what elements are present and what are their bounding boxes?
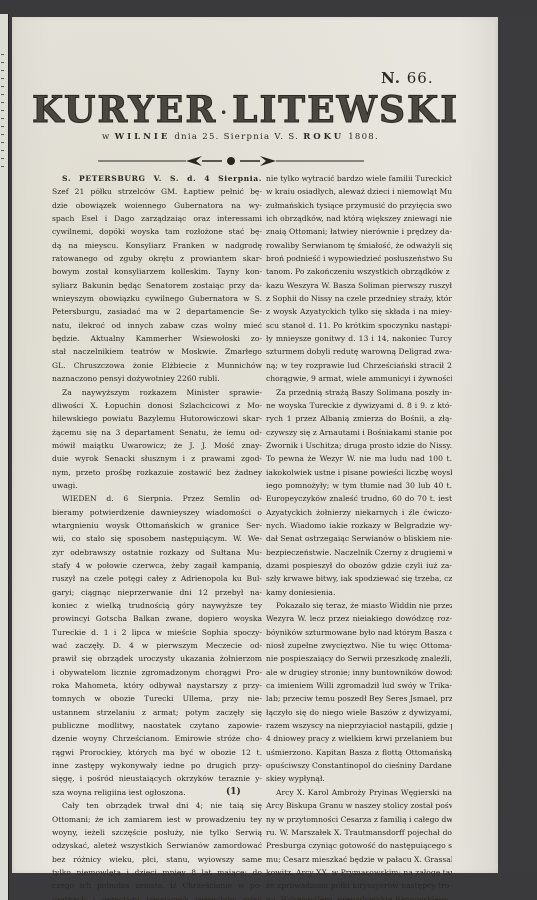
text-line: opuściwszy Constantinopol do cieśniny Da… [266,759,452,772]
text-line: bez różnicy wieku, płci, stanu, wyiowszy… [52,853,262,866]
dateline-place: WILNIE [115,132,171,142]
text-line: czątkach i przeciągu trwaiących rozruchó… [52,893,262,900]
text-line: prawił się obrządek uroczysty ukazania ż… [52,652,262,665]
title-separator: · [221,105,228,121]
text-line: rowaliby Serwianom tę śmiałość, że odważ… [266,239,452,252]
text-line: ły mnieysze gonitwy d. 13 i 14, nakoniec… [266,332,452,345]
text-line: łączyło się do niego wiele Baszów z dywi… [266,706,452,719]
ruler-ticks [1,54,4,174]
text-line: skiey wypłynął. [266,772,452,785]
dateline-date: dnia 25. Sierpnia V. S. [174,132,299,142]
text-line: bezpieczeństwie. Naczelnik Czerny z drug… [266,546,452,559]
text-line: ną; w tey rozprawie lud Chrześciański st… [266,359,452,372]
issue-number: N. 66. [381,69,434,87]
text-line: 4 dniowey pracy z wielkiem krwi przelani… [266,732,452,745]
text-line: uśmierzono. Kapitan Basza z flottą Ottom… [266,746,452,759]
text-line: ale w drugiey stronie; inny buntowników … [266,666,452,679]
text-line: ruszył na czele potęgi całey z Adrienopo… [52,572,262,585]
text-line: tomnych w obozie Turecki Ullema, przy ni… [52,692,262,705]
text-line: ustannem strzelaniu z armat; potym zaczę… [52,706,262,719]
text-line: woyny, ieżeli szczęście posłuży, nie tyl… [52,826,262,839]
text-line: lab; przeciw temu poszedł Bey Seres Jsma… [266,692,452,705]
text-line: GL. Chruszczowa żonie Elżbiecie z Munnic… [52,359,262,372]
text-line: ich obrządków, nad którą większey zniewa… [266,212,452,225]
text-line: żącemu się na 3 departament Senatu, że i… [52,426,262,439]
text-line: w kraiu osiadłych, aleważ dzieci i niemo… [266,185,452,198]
text-line: dzami pospieszył do obozów gdzie czyli i… [266,559,452,572]
text-line: Tureckie d. 1 i 2 lipca w mieście Sophia… [52,626,262,639]
text-line: dzenie woyny Chrześcianom. Emirowie stró… [52,732,262,745]
text-line: spach Esel i Dago zarządzaiąc oraz inter… [52,212,262,225]
text-line: Petersburgu, zasiadać ma w 2 departamenc… [52,305,262,318]
text-line: prowincyi Gotscha Balkan zwane, dopiero … [52,612,262,625]
text-line: Szef 21 półku strzelców GM. Łaptiew pełn… [52,185,262,198]
text-line: bieramy potwierdzenie dawnieyszey wiadom… [52,506,262,519]
text-line: syliarz Bakunin będąc Senatorem zostaiąc… [52,279,262,292]
text-line: będzie. Aktualny Kammerher Wsiewołoski z… [52,332,262,345]
text-line: nu, Hohenzollern, grenadyerskie Beniowsk… [266,893,452,900]
text-line: kamy doniesienia. [266,586,452,599]
issue-label: N. [381,69,401,87]
text-line: garyi; ciągnąc nieprzerwanie dni 12 prze… [52,586,262,599]
issue-value: 66. [407,69,434,87]
text-line: Cały ten obrządek trwał dni 4; nie taią … [52,799,262,812]
text-line: bowym został konsyliarzem kolleskim. Tay… [52,265,262,278]
text-line: roka Mahometa, który odbywał naystarszy … [52,679,262,692]
text-line: bóyników szturmowane było nad którym Bas… [266,626,452,639]
text-line: sięgę, i pośród nieustaiących okrzyków t… [52,772,262,785]
text-line: ratowanego od zguby okrętu z prowiantem … [52,252,262,265]
text-line: Za naywyższym rozkazem Minister sprawie- [52,386,262,399]
text-line: iakokolwiek ustne i pisane powieści licz… [266,466,452,479]
text-line: z woysk Azyatyckich tylko się składa i n… [266,305,452,318]
dateline: w WILNIE dnia 25. Sierpnia V. S. ROKU 18… [102,132,379,142]
text-line: ca imieniem Willi zgromadził lud swóy w … [266,679,452,692]
stamp-line: ........ ........ [300,819,440,828]
text-line: stał naczelnikiem teatrów w Moskwie. Zma… [52,345,262,358]
text-line: dzie obowiązek woiennego Gubernatora na … [52,199,262,212]
text-line: czego ich pobudza zemsta, iż Chrześciani… [52,879,262,892]
text-line: rągwi Prorockiey, których ma być w obozi… [52,746,262,759]
text-line: zyr odebrawszy ostatnie rozkazy od Sułta… [52,546,262,559]
text-line: S. PETERSBURG V. S. d. 4 Sierpnia. [52,172,262,185]
text-line: inne zastępy wykonywały iedne po drugich… [52,759,262,772]
text-line: mówił maiątku Uwarowicz; że J. J. Mość z… [52,439,262,452]
text-line: kazu Weszyra W. Basza Soliman pierwszy r… [266,279,452,292]
text-line: Ottomani; że ich zamiarem iest w prowadz… [52,813,262,826]
text-line: dliwości X. Łopuchin donosi Szlachcicowi… [52,399,262,412]
text-line: razem wszyscy na nieprzyiacioł nastąpili… [266,719,452,732]
text-line: Europeyczyków znaleść trudno, 60 do 70 t… [266,492,452,505]
library-stamp: .............. ............. .... ......… [300,810,440,865]
text-line: niosł zupełne zwycięztwo. Nie tu więc Ot… [266,639,452,652]
text-line: Wezyra W. lecz przez nieiakiego dowódzcę… [266,612,452,625]
text-line: ne woyska Tureckie z dywizyami d. 8 i 9.… [266,399,452,412]
text-line: iego pomnożyły; w tym tłumie nad 30 lub … [266,479,452,492]
text-line: cywilnemi, dopóki woyska tam rozłożone s… [52,225,262,238]
stamp-line: ...... [300,810,440,819]
text-line: dał Senat ostrzegaiąc Serwianów o bliski… [266,532,452,545]
stamp-line: .. .... [300,846,440,855]
text-line: że zprowadzono półki kiryssyerów następc… [266,879,452,892]
ornament-rule-icon [98,155,364,167]
text-line: tylko niemowlęta i dzieci mniey 8 lat ma… [52,866,262,879]
text-line: nych. Wiadomo iakie rozkazy w Belgradzie… [266,519,452,532]
text-line: wać zaczęły. D. 4 w pierwszym Meczecie o… [52,639,262,652]
text-line: Za przednią strażą Baszy Solimana poszły… [266,386,452,399]
masthead-title: KURYER·LITEWSKI [32,92,422,131]
text-line: koniec z wielką trudnością góry naywyższ… [52,599,262,612]
text-line: nie tylko wytracić bardzo wiele familii … [266,172,452,185]
text-line: czywszy się z Arnautami i Bośniakami sta… [266,426,452,439]
text-line: stafy 4 w połowie czerwca, żeby zagaił k… [52,559,262,572]
text-line: dą na mieyscu. Konsyliarz Franken w nadg… [52,239,262,252]
stamp-line: ..... .... ......... [300,828,440,837]
text-line: naznaczono pensyi dożywotniey 2260 rubli… [52,372,262,385]
title-part-1: KURYER [32,89,217,131]
text-line: nym, przeto prośbę rozkazuie zostawić be… [52,466,262,479]
text-line: i obywatelom licznie zgromadzonym chorąg… [52,666,262,679]
text-line: chorągwie, 9 armat, wiele ammunicyi i ży… [266,372,452,385]
dateline-prefix: w [102,132,111,142]
text-line: duie wyrok Senacki słusznym i z prawami … [52,452,262,465]
dateline-year: 1808. [348,132,379,142]
text-line: kowitz, Arcy XX. w Prymasowskim; na zało… [266,866,452,879]
text-line: Pokazało się teraz, że miasto Widdin nie… [266,599,452,612]
text-line: wtargnieniu woysk Ottomańskich w granice… [52,519,262,532]
scan-background [498,17,537,873]
text-line: broń podnieść i wypowiedzieć posłuszeńst… [266,252,452,265]
adjacent-page-edge [0,14,9,900]
text-line: natu, ilekroć od innych zabaw czas wolny… [52,319,262,332]
text-line: wii, co stało się sposobem następuiącym.… [52,532,262,545]
text-line: wnieyszym obowiązku cywilnego Gubernator… [52,292,262,305]
text-line: nie pospieszaiący do Serwii przeszkodę z… [266,652,452,665]
text-line: To pewna że Wezyr W. nie ma ludu nad 100… [266,452,452,465]
text-line: WIEDEN d. 6 Sierpnia. Przez Semlin od- [52,492,262,505]
text-line: znaią Ottomani; łatwiey nierównie i pręd… [266,225,452,238]
text-line: publiczne modlitwy, naostatek czytano za… [52,719,262,732]
text-line: hilewskiego powiatu Bazylemu Hutorowiczo… [52,412,262,425]
stamp-line: ....... [300,837,440,846]
text-line: tanom. Po zakończeniu wszystkich obrządk… [266,265,452,278]
text-line: Azyatyckich żołnierzy niekarnych i źle ć… [266,506,452,519]
page-folio: (1) [226,787,241,797]
text-line: uwagi. [52,479,262,492]
text-line: rych 1 przez Albanią zmierza do Bośnii, … [266,412,452,425]
text-line: szły krwawe bitwy, iak spodziewać się tr… [266,572,452,585]
text-line: scu stanoł d. 11. Po krótkim spoczynku n… [266,319,452,332]
text-line: Zwornik i Uschitza; druga prosto idzie d… [266,439,452,452]
text-line: Arcy X. Karol Ambroży Pryinas Węgierski … [266,786,452,799]
dateline-year-label: ROKU [303,132,344,142]
text-line: zułmańskich tysiące przymusić do przyięc… [266,199,452,212]
text-line: z Sophii do Nissy na czele przedniey str… [266,292,452,305]
text-line: odzyskać, aleteż wszystkich Serwianów za… [52,839,262,852]
text-column-right: nie tylko wytracić bardzo wiele familii … [266,172,452,900]
text-line: szturmem dobyli redutę warowną Deligrad … [266,345,452,358]
title-part-2: LITEWSKI [232,89,459,131]
